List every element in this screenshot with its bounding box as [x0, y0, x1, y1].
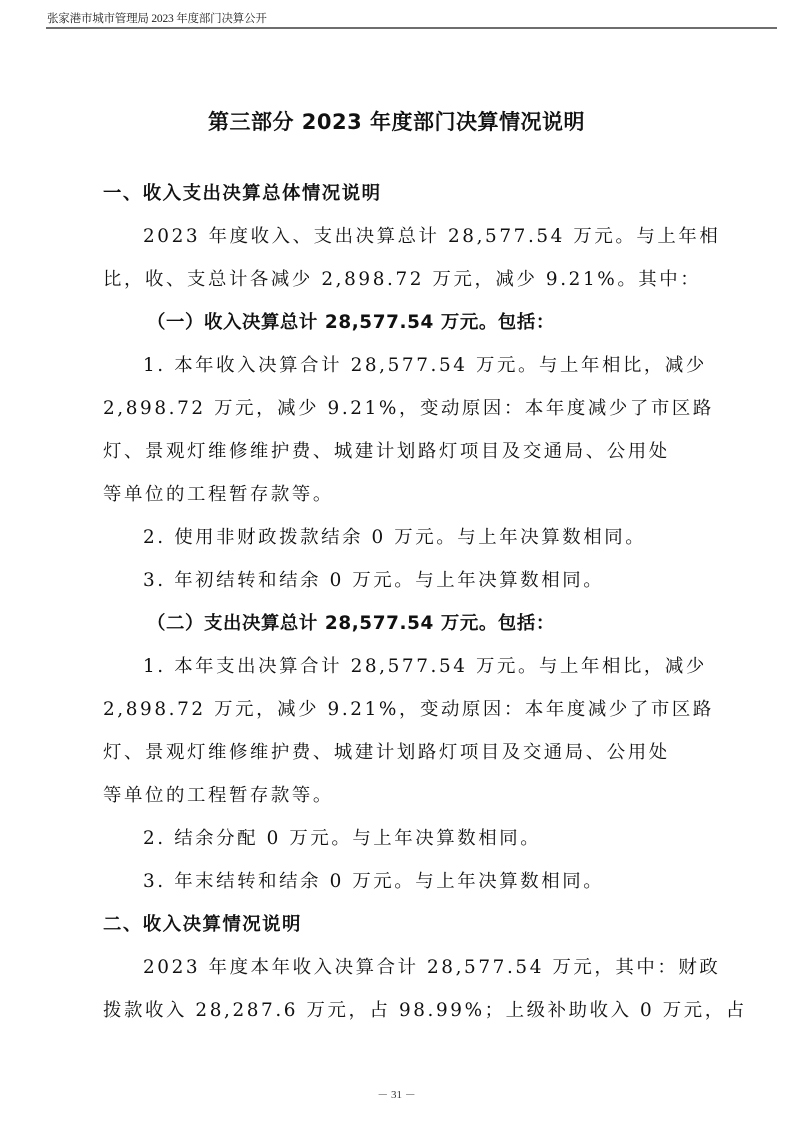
paragraph-line: 1. 本年支出决算合计 28,577.54 万元。与上年相比，减少 — [143, 655, 738, 679]
paragraph-line: 比，收、支总计各减少 2,898.72 万元，减少 9.21%。其中： — [103, 268, 698, 292]
subsection-heading-income: （一）收入决算总计 28,577.54 万元。包括： — [147, 311, 742, 335]
paragraph-line: 2023 年度收入、支出决算总计 28,577.54 万元。与上年相 — [143, 225, 738, 249]
paragraph-line: 灯、景观灯维修维护费、城建计划路灯项目及交通局、公用处 — [103, 741, 698, 765]
paragraph-line: 2. 使用非财政拨款结余 0 万元。与上年决算数相同。 — [143, 526, 738, 550]
paragraph-line: 等单位的工程暂存款等。 — [103, 784, 698, 808]
header-text: 张家港市城市管理局 2023 年度部门决算公开 — [46, 12, 777, 26]
paragraph-line: 2023 年度本年收入决算合计 28,577.54 万元，其中：财政 — [143, 956, 738, 980]
paragraph-line: 2,898.72 万元，减少 9.21%，变动原因：本年度减少了市区路 — [103, 397, 698, 421]
paragraph-line: 2,898.72 万元，减少 9.21%，变动原因：本年度减少了市区路 — [103, 698, 698, 722]
paragraph-line: 3. 年初结转和结余 0 万元。与上年决算数相同。 — [143, 569, 738, 593]
paragraph-line: 2. 结余分配 0 万元。与上年决算数相同。 — [143, 827, 738, 851]
paragraph-line: 等单位的工程暂存款等。 — [103, 483, 698, 507]
running-header: 张家港市城市管理局 2023 年度部门决算公开 — [46, 12, 777, 29]
section-heading-2: 二、收入决算情况说明 — [103, 913, 698, 937]
subsection-heading-expenditure: （二）支出决算总计 28,577.54 万元。包括： — [147, 612, 742, 636]
header-divider — [46, 27, 777, 29]
page-number: － 31 － — [0, 1086, 793, 1102]
paragraph-line: 1. 本年收入决算合计 28,577.54 万元。与上年相比，减少 — [143, 354, 738, 378]
paragraph-line: 拨款收入 28,287.6 万元，占 98.99%；上级补助收入 0 万元，占 — [103, 999, 698, 1023]
page-title: 第三部分 2023 年度部门决算情况说明 — [0, 106, 793, 136]
paragraph-line: 3. 年末结转和结余 0 万元。与上年决算数相同。 — [143, 870, 738, 894]
section-heading-1: 一、收入支出决算总体情况说明 — [103, 182, 698, 206]
paragraph-line: 灯、景观灯维修维护费、城建计划路灯项目及交通局、公用处 — [103, 440, 698, 464]
